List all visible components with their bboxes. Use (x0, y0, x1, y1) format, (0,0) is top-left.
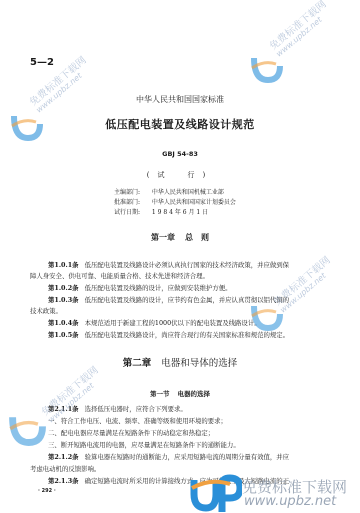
article-text: 低压配电装置及线路设计必须认真执行国家的技术经济政策，并应做到保 (85, 261, 290, 269)
article-id: 第1.0.1条 (48, 261, 79, 269)
article-1-0-3: 第1.0.3条低压配电装置及线路的设计，应节约有色金属，并应认真贯彻以铝代铜的 (30, 295, 348, 304)
section-id: 5—2 (30, 57, 54, 68)
article-text: 低压配电装置及线路设计，尚应符合现行的有关国家标准和规范的规定。 (85, 331, 290, 339)
article-id: 第2.1.2条 (48, 453, 79, 461)
article-1-0-3-cont: 技术政策。 (30, 306, 330, 315)
watermark-url: www.upbz.net (244, 494, 336, 509)
article-text: 确定短路电流时所采用的计算接线方式，应为可能发生最大短路电流的正 (85, 477, 290, 485)
article-2-1-3: 第2.1.3条确定短路电流时所采用的计算接线方式，应为可能发生最大短路电流的正 (30, 476, 348, 485)
chapter-1-heading: 第一章总 则 (0, 232, 360, 243)
article-id: 第1.0.2条 (48, 284, 79, 292)
page-number: · 292 · (38, 488, 56, 494)
meta-row-approver: 批准部门: 中华人民共和国国家计划委员会 (114, 197, 236, 206)
article-text: 选择低压电器时，应符合下列要求。 (85, 405, 187, 413)
article-id: 第1.0.3条 (48, 296, 79, 304)
section-title: 电器的选择 (178, 390, 211, 398)
chapter-2-heading: 第二章电器和导体的选择 (0, 355, 360, 369)
article-text: 低压配电装置及线路的设计，应节约有色金属，并应认真贯彻以铝代铜的 (85, 296, 290, 304)
chapter-title: 总 则 (185, 232, 209, 242)
trial-label: (试 行) (0, 170, 360, 180)
meta-key: 试行日期: (114, 207, 150, 216)
meta-row-date: 试行日期: 1 9 8 4 年 6 月 1 日 (114, 207, 208, 216)
list-item-1: 一、符合工作电压、电流、频率、准确等级和使用环境的要求； (48, 416, 348, 425)
article-1-0-5: 第1.0.5条低压配电装置及线路设计，尚应符合现行的有关国家标准和规范的规定。 (30, 330, 348, 339)
meta-key: 批准部门: (114, 197, 150, 206)
article-1-0-1: 第1.0.1条低压配电装置及线路设计必须认真执行国家的技术经济政策，并应做到保 (30, 260, 348, 269)
article-2-1-2-cont: 考虑电动机的反馈影响。 (30, 464, 330, 473)
meta-value: 中华人民共和国机械工业部 (152, 189, 224, 196)
meta-key: 主编部门: (114, 187, 150, 196)
article-text: 本规范适用于新建工程的1000伏以下的配电装置及线路设计。 (85, 319, 261, 327)
article-id: 第1.0.5条 (48, 331, 79, 339)
document-page: 5—2 中华人民共和国国家标准 低压配电装置及线路设计规范 GBJ 54-83 … (0, 0, 360, 513)
standard-code: GBJ 54-83 (0, 150, 360, 158)
standard-header: 中华人民共和国国家标准 (0, 94, 360, 105)
article-id: 第2.1.1条 (48, 405, 79, 413)
document-title: 低压配电装置及线路设计规范 (0, 116, 360, 132)
list-item-2: 二、配电电器应尽量满足在短路条件下的动稳定和热稳定； (48, 428, 348, 437)
section-1-heading: 第一节电器的选择 (0, 389, 360, 398)
article-id: 第1.0.4条 (48, 319, 79, 327)
article-id: 第2.1.3条 (48, 477, 79, 485)
article-text: 低压配电装置及线路的设计，应做到安装维护方便。 (85, 284, 232, 292)
article-1-0-4: 第1.0.4条本规范适用于新建工程的1000伏以下的配电装置及线路设计。 (30, 318, 348, 327)
article-1-0-1-cont: 障人身安全、供电可靠、电能质量合格、技术先进和经济合理。 (30, 271, 330, 280)
meta-row-editor: 主编部门: 中华人民共和国机械工业部 (114, 187, 224, 196)
article-2-1-2: 第2.1.2条验算电器在短路时的通断能力，应采用短路电流的周期分量有效值，并应 (30, 452, 348, 461)
watermark-logo-icon (250, 50, 290, 94)
chapter-number: 第一章 (151, 232, 175, 242)
chapter-title: 电器和导体的选择 (161, 358, 237, 369)
article-1-0-2: 第1.0.2条低压配电装置及线路的设计，应做到安装维护方便。 (30, 283, 348, 292)
meta-value: 1 9 8 4 年 6 月 1 日 (152, 209, 208, 216)
meta-value: 中华人民共和国国家计划委员会 (152, 199, 236, 206)
watermark-text: 免费标准下载网 www.upbz.net (268, 0, 334, 59)
article-2-1-1: 第2.1.1条选择低压电器时，应符合下列要求。 (48, 404, 348, 413)
chapter-number: 第二章 (123, 358, 152, 369)
list-item-3: 三、断开短路电流用的电器，应尽量满足在短路条件下的通断能力。 (48, 440, 348, 449)
article-text: 验算电器在短路时的通断能力，应采用短路电流的周期分量有效值，并应 (85, 453, 290, 461)
section-number: 第一节 (150, 390, 170, 398)
